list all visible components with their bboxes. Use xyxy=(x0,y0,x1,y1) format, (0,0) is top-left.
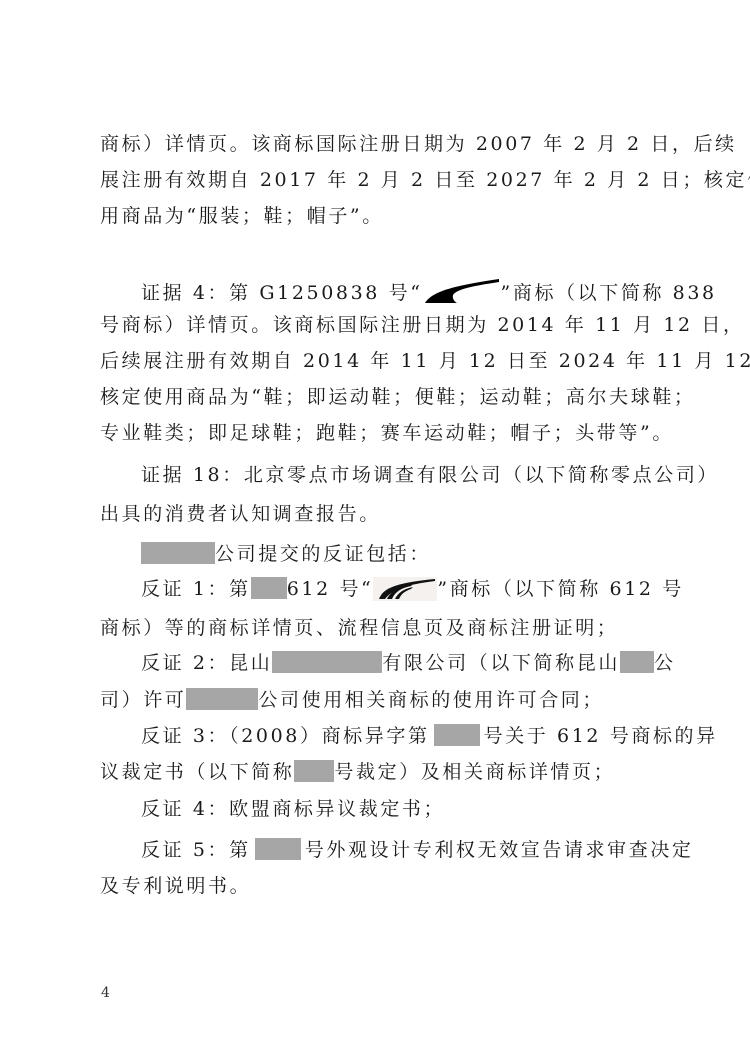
ce5-text: 号外观设计专利权无效宣告请求审查决定 xyxy=(305,839,694,861)
redacted-number xyxy=(251,577,287,599)
trademark-838-logo-image xyxy=(423,277,501,311)
paragraph-line: 后续展注册有效期自 2014 年 11 月 12 日至 2024 年 11 月 … xyxy=(100,349,660,373)
redacted-number xyxy=(294,760,334,782)
counter-evidence-3-line: 反证 3：（2008）商标异字第号关于 612 号商标的异 xyxy=(141,724,660,748)
redacted-number xyxy=(255,838,301,860)
paragraph-line: 商标）详情页。该商标国际注册日期为 2007 年 2 月 2 日，后续 xyxy=(100,132,660,156)
paragraph-line: 及专利说明书。 xyxy=(100,874,660,898)
redacted-number xyxy=(434,724,480,746)
ce2-text: 有限公司（以下简称昆山 xyxy=(382,652,620,674)
evidence-4-text: 证据 4：第 G1250838 号“ xyxy=(141,282,423,304)
evidence-4-text-cont: ”商标（以下简称 838 xyxy=(501,282,717,304)
ce1-text-cont: ”商标（以下简称 612 号 xyxy=(437,578,683,600)
trademark-612-logo-image xyxy=(373,577,437,607)
paragraph-line: 出具的消费者认知调查报告。 xyxy=(100,502,660,526)
ce5-label: 反证 5：第 xyxy=(141,839,251,861)
paragraph-line: 专业鞋类；即足球鞋；跑鞋；赛车运动鞋；帽子；头带等”。 xyxy=(100,421,660,445)
counter-evidence-4-line: 反证 4：欧盟商标异议裁定书； xyxy=(141,797,660,821)
redacted-company-name xyxy=(272,651,382,673)
evidence-18-line: 证据 18：北京零点市场调查有限公司（以下简称零点公司） xyxy=(141,463,660,487)
intro-text: 公司提交的反证包括： xyxy=(215,543,431,565)
evidence-4-line: 证据 4：第 G1250838 号“”商标（以下简称 838 xyxy=(141,277,660,311)
paragraph-line: 核定使用商品为“鞋；即运动鞋；便鞋；运动鞋；高尔夫球鞋； xyxy=(100,385,660,409)
page-number: 4 xyxy=(101,985,110,1001)
redacted-company-name xyxy=(186,688,258,710)
ce3-cont: 议裁定书（以下简称 xyxy=(100,761,294,783)
paragraph-line: 商标）等的商标详情页、流程信息页及商标注册证明； xyxy=(100,616,660,640)
paragraph-line: 展注册有效期自 2017 年 2 月 2 日至 2027 年 2 月 2 日；核… xyxy=(100,168,660,192)
ce3-label: 反证 3：（2008）商标异字第 xyxy=(141,725,430,747)
paragraph-line: 用商品为“服装；鞋；帽子”。 xyxy=(100,204,660,228)
paragraph-line: 议裁定书（以下简称号裁定）及相关商标详情页； xyxy=(100,760,660,784)
ce1-label: 反证 1：第 xyxy=(141,578,251,600)
ce3-text: 号关于 612 号商标的异 xyxy=(484,725,718,747)
ce2-cont-end: 公司使用相关商标的使用许可合同； xyxy=(258,689,604,711)
paragraph-line: 号商标）详情页。该商标国际注册日期为 2014 年 11 月 12 日， xyxy=(100,313,660,337)
ce2-label: 反证 2：昆山 xyxy=(141,652,272,674)
paragraph-line: 司）许可公司使用相关商标的使用许可合同； xyxy=(100,688,660,712)
redacted-company-name xyxy=(141,542,215,564)
redacted-short-name xyxy=(620,651,654,673)
ce3-cont-end: 号裁定）及相关商标详情页； xyxy=(334,761,615,783)
ce2-cont: 司）许可 xyxy=(100,689,186,711)
ce2-text-end: 公 xyxy=(654,652,676,674)
counter-evidence-5-line: 反证 5：第号外观设计专利权无效宣告请求审查决定 xyxy=(141,838,660,862)
counter-evidence-1-line: 反证 1：第612 号“”商标（以下简称 612 号 xyxy=(141,577,660,607)
counter-evidence-2-line: 反证 2：昆山有限公司（以下简称昆山公 xyxy=(141,651,660,675)
counter-evidence-intro: 公司提交的反证包括： xyxy=(141,542,660,566)
ce1-text: 612 号“ xyxy=(287,578,374,600)
